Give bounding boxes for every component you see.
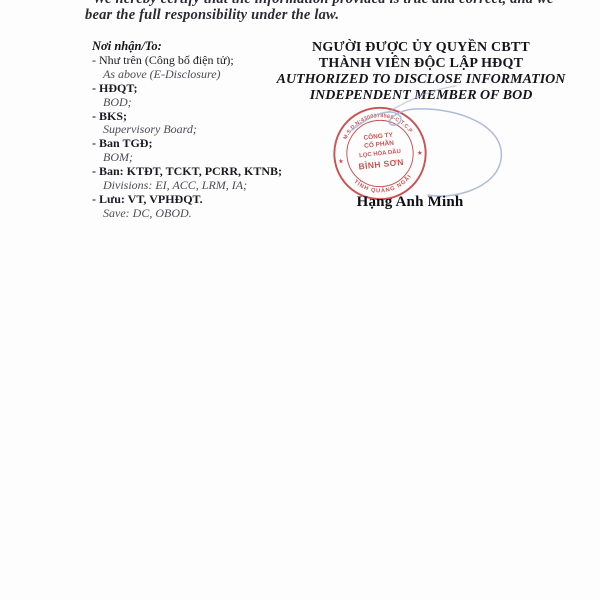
recipient-item-vi: - Ban: KTĐT, TCKT, PCRR, KTNB;: [92, 165, 322, 179]
signature-main-stroke: [352, 109, 501, 196]
certification-line-2: bear the full responsibility under the l…: [85, 7, 339, 24]
recipient-item-en: Supervisory Board;: [92, 123, 322, 137]
recipient-item-vi: - BKS;: [92, 110, 322, 124]
recipient-item-en: BOM;: [92, 151, 322, 165]
signer-name: Hạng Anh Minh: [337, 194, 483, 211]
recipient-item-vi: - Lưu: VT, VPHĐQT.: [92, 193, 322, 207]
recipient-item-en: Divisions: EI, ACC, LRM, IA;: [92, 179, 322, 193]
handwritten-signature: [330, 28, 530, 208]
recipient-item-vi: - Ban TGĐ;: [92, 137, 322, 151]
scanned-document-page: We hereby certify that the information p…: [0, 0, 600, 600]
recipient-item-en: Save: DC, OBOD.: [92, 207, 322, 221]
